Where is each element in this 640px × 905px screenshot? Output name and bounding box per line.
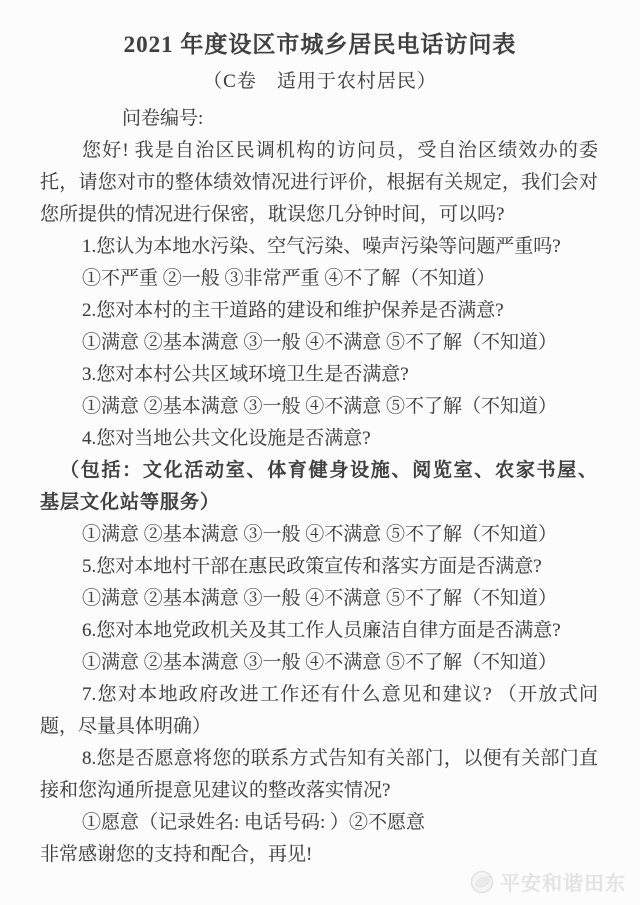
survey-document: 2021 年度设区市城乡居民电话访问表 （C卷 适用于农村居民） 问卷编号: 您…: [0, 0, 640, 905]
question-2-options: ①满意 ②基本满意 ③一般 ④不满意 ⑤不了解（不知道）: [40, 327, 598, 359]
question-3-text: 3.您对本村公共区域环境卫生是否满意?: [40, 359, 598, 391]
greeting-paragraph: 您好! 我是自治区民调机构的访问员，受自治区绩效办的委托，请您对市的整体绩效情况…: [40, 135, 598, 231]
dove-logo-icon: [469, 869, 495, 895]
question-5-options: ①满意 ②基本满意 ③一般 ④不满意 ⑤不了解（不知道）: [40, 583, 598, 615]
question-8-options: ①愿意（记录姓名: 电话号码: ）②不愿意: [40, 807, 598, 839]
document-body: 问卷编号: 您好! 我是自治区民调机构的访问员，受自治区绩效办的委托，请您对市的…: [40, 103, 598, 871]
page-subtitle: （C卷 适用于农村居民）: [0, 66, 640, 93]
question-5-text: 5.您对本地村干部在惠民政策宣传和落实方面是否满意?: [40, 551, 598, 583]
question-4-options: ①满意 ②基本满意 ③一般 ④不满意 ⑤不了解（不知道）: [40, 519, 598, 551]
serial-number-label: 问卷编号:: [122, 103, 598, 135]
question-1-options: ①不严重 ②一般 ③非常严重 ④不了解（不知道）: [40, 263, 598, 295]
question-1-text: 1.您认为本地水污染、空气污染、噪声污染等问题严重吗?: [40, 231, 598, 263]
question-6-options: ①满意 ②基本满意 ③一般 ④不满意 ⑤不了解（不知道）: [40, 647, 598, 679]
question-8-text: 8.您是否愿意将您的联系方式告知有关部门，以便有关部门直接和您沟通所提意见建议的…: [40, 743, 598, 807]
watermark-text: 平安和谐田东: [500, 867, 626, 896]
question-6-text: 6.您对本地党政机关及其工作人员廉洁自律方面是否满意?: [40, 615, 598, 647]
footer-watermark: 平安和谐田东: [469, 867, 626, 896]
question-3-options: ①满意 ②基本满意 ③一般 ④不满意 ⑤不了解（不知道）: [40, 391, 598, 423]
page-title: 2021 年度设区市城乡居民电话访问表: [0, 0, 640, 59]
question-2-text: 2.您对本村的主干道路的建设和维护保养是否满意?: [40, 295, 598, 327]
question-4-note: （包括：文化活动室、体育健身设施、阅览室、农家书屋、基层文化站等服务）: [40, 455, 598, 519]
question-4-text: 4.您对当地公共文化设施是否满意?: [40, 423, 598, 455]
question-7-text: 7.您对本地政府改进工作还有什么意见和建议? （开放式问题，尽量具体明确）: [40, 679, 598, 743]
